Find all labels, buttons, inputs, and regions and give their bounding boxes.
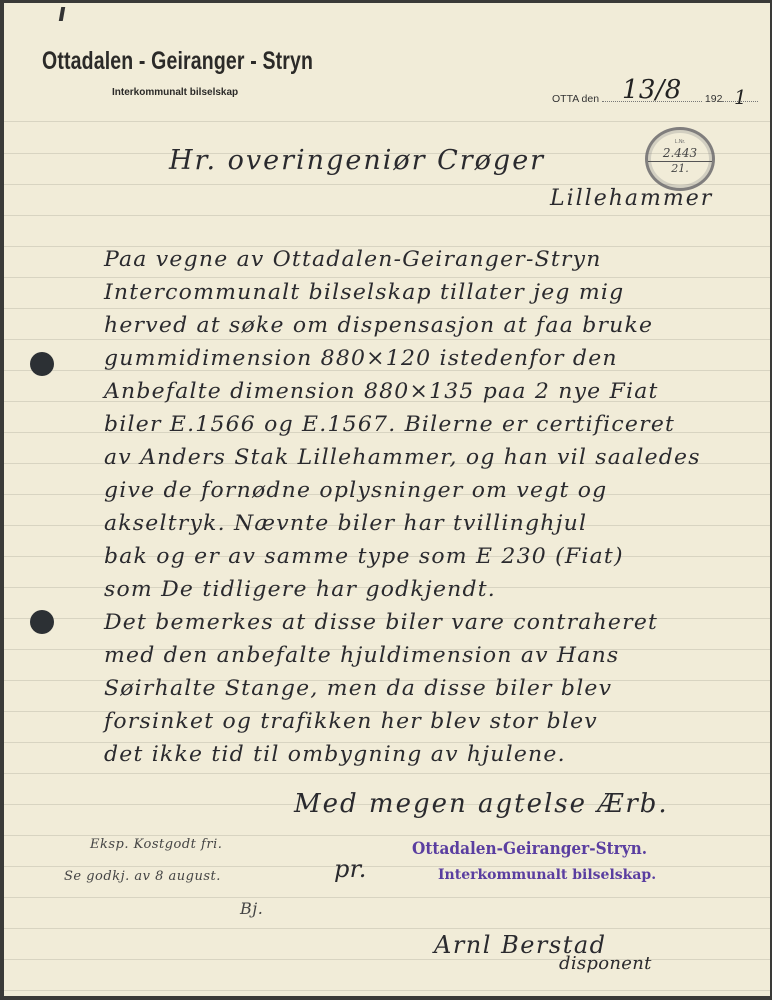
- letterhead-company: Ottadalen - Geiranger - Stryn: [42, 47, 313, 76]
- body-line: av Anders Stak Lillehammer, og han vil s…: [104, 445, 701, 470]
- per-abbreviation: pr.: [334, 855, 367, 883]
- body-line: Anbefalte dimension 880×135 paa 2 nye Fi…: [104, 379, 659, 404]
- signature-title: disponent: [559, 953, 652, 974]
- year-prefix: 192: [705, 93, 723, 105]
- stamp-number: 2.443: [648, 146, 712, 160]
- punch-hole-bottom: [30, 610, 54, 634]
- body-line: det ikke tid til ombygning av hjulene.: [104, 742, 566, 767]
- dateline-place: OTTA den: [552, 93, 599, 105]
- body-line: bak og er av samme type som E 230 (Fiat): [104, 544, 624, 569]
- body-line: Det bemerkes at disse biler vare contrah…: [104, 610, 658, 635]
- body-line: forsinket og trafikken her blev stor ble…: [104, 709, 598, 734]
- body-line: biler E.1566 og E.1567. Bilerne er certi…: [104, 412, 675, 437]
- punch-hole-top: [30, 352, 54, 376]
- body-line: gummidimension 880×120 istedenfor den: [104, 346, 618, 371]
- closing-salutation: Med megen agtelse Ærb.: [294, 789, 669, 819]
- date-handwritten: 13/8: [622, 75, 682, 105]
- margin-initials: Bj.: [240, 899, 263, 918]
- company-stamp-title: Ottadalen-Geiranger-Stryn.: [412, 839, 647, 859]
- stamp-label: L.Nr.: [648, 139, 712, 145]
- body-line: som De tidligere har godkjendt.: [104, 577, 496, 602]
- margin-note: Eksp. Kostgodt fri.: [90, 837, 222, 852]
- year-handwritten: 1: [734, 85, 747, 109]
- letter-page: Ottadalen - Geiranger - Stryn Interkommu…: [4, 3, 770, 996]
- body-line: Søirhalte Stange, men da disse biler ble…: [104, 676, 612, 701]
- body-line: herved at søke om dispensasjon at faa br…: [104, 313, 653, 338]
- receipt-stamp: L.Nr. 2.443 21.: [645, 127, 715, 191]
- body-line: akseltryk. Nævnte biler har tvillinghjul: [104, 511, 587, 536]
- body-line: give de fornødne oplysninger om vegt og: [104, 478, 607, 503]
- company-stamp-subtitle: Interkommunalt bilselskap.: [438, 867, 656, 883]
- body-line: med den anbefalte hjuldimension av Hans: [104, 643, 619, 668]
- letterhead-subtitle: Interkommunalt bilselskap: [112, 87, 238, 98]
- margin-note: Se godkj. av 8 august.: [64, 869, 221, 884]
- body-line: Intercommunalt bilselskap tillater jeg m…: [104, 280, 624, 305]
- addressee-city: Lillehammer: [550, 186, 713, 211]
- stamp-year: 21.: [648, 161, 712, 175]
- addressee-name: Hr. overingeniør Crøger: [169, 145, 545, 176]
- body-line: Paa vegne av Ottadalen-Geiranger-Stryn: [104, 247, 602, 272]
